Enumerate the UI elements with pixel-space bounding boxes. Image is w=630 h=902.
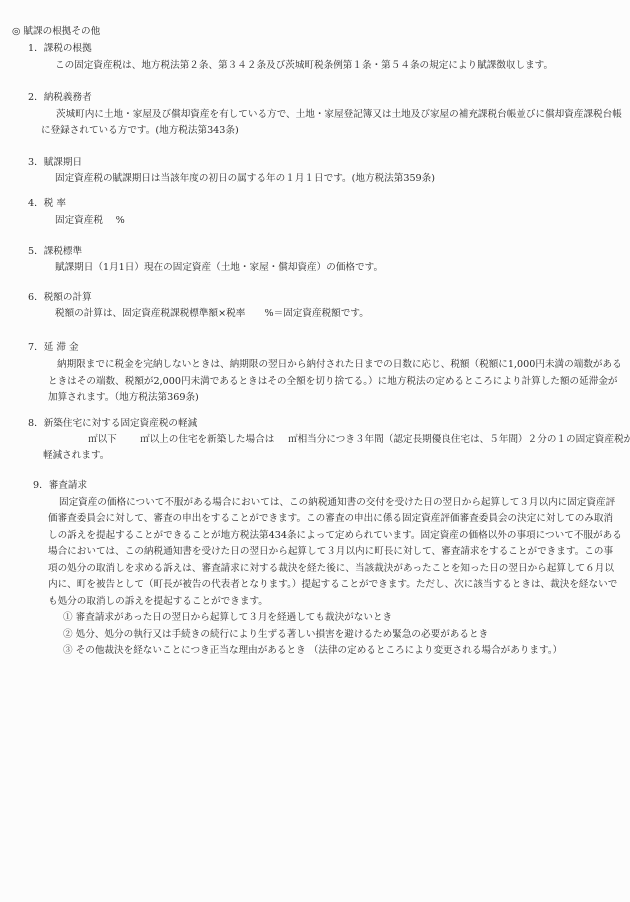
section-3-body: 固定資産税の賦課期日は当該年度の初日の属する年の１月１日です。(地方税法第359… [55, 171, 435, 188]
section-9-body-line: 固定資産の価格について不服がある場合においては、この納税通知書の交付を受けた日の… [59, 495, 615, 512]
section-9-body-line: 項の処分の取消しを求める訴えは、審査請求に対する裁決を経た後に、当該裁決があった… [48, 561, 614, 578]
section-3-heading: 3．賦課期日 [28, 155, 82, 172]
section-7-body-line3: 加算されます。（地方税法第369条) [48, 390, 199, 407]
section-9-list-item-3: ③ その他裁決を経ないことにつき正当な理由があるとき （法律の定めるところにより… [63, 643, 562, 660]
section-4-heading: 4．税 率 [28, 196, 66, 213]
section-2-body-line2: に登録されている方です。(地方税法第343条) [41, 123, 239, 140]
section-8-body-part-b: ㎡以上の住宅を新築した場合は [140, 432, 274, 449]
section-7-body-line2: ときはその端数、税額が2,000円未満であるときはその全額を切り捨てる。）に地方… [48, 374, 618, 391]
document-title: ◎ 賦課の根拠その他 [12, 24, 100, 41]
section-1-heading: 1．課税の根拠 [28, 41, 92, 58]
section-8-heading: 8．新築住宅に対する固定資産税の軽減 [28, 416, 197, 433]
section-8-body-part-c: ㎡相当分につき３年間（認定長期優良住宅は、５年間）２分の１の固定資産税が [288, 432, 630, 449]
section-5-body: 賦課期日（1月1日）現在の固定資産（土地・家屋・償却資産）の価格です。 [55, 260, 383, 277]
section-9-body-line: も処分の取消しの訴えを提起することができます。 [48, 594, 268, 611]
section-9-body-line: 場合においては、この納税通知書を受けた日の翌日から起算して３月以内に町長に対して… [48, 544, 613, 561]
section-2-heading: 2．納税義務者 [28, 90, 92, 107]
section-9-heading: 9．審査請求 [33, 478, 87, 495]
section-6-heading: 6．税額の計算 [28, 290, 92, 307]
section-7-body-line1: 納期限までに税金を完納しないときは、納期限の翌日から納付された日までの日数に応じ… [57, 357, 622, 374]
section-1-body: この固定資産税は、地方税法第２条、第３４２条及び茨城町税条例第１条・第５４条の規… [55, 58, 553, 75]
section-9-list-item-2: ② 処分、処分の執行又は手続きの続行により生ずる著しい損害を避けるため緊急の必要… [63, 627, 488, 644]
section-8-body-line2: 軽減されます。 [43, 448, 109, 465]
section-2-body-line1: 茨城町内に土地・家屋及び償却資産を有している方で、土地・家屋登記簿又は土地及び家… [56, 107, 622, 124]
section-8-body-part-a: ㎡以下 [88, 432, 117, 449]
section-7-heading: 7．延 滞 金 [28, 340, 79, 357]
document-page: ◎ 賦課の根拠その他 1．課税の根拠 この固定資産税は、地方税法第２条、第３４２… [0, 0, 630, 902]
section-4-body: 固定資産税 % [55, 213, 125, 230]
section-9-body-line: 価審査委員会に対して、審査の申出をすることができます。この審査の申出に係る固定資… [48, 511, 613, 528]
section-9-list-item-1: ① 審査請求があった日の翌日から起算して３月を経過しても裁決がないとき [63, 610, 392, 627]
section-9-body-line: 内に、町を被告として（町長が被告の代表者となります。）提起することができます。た… [48, 577, 617, 594]
section-9-body-line: しの訴えを提起することができることが地方税法第434条によって定められています。… [48, 528, 622, 545]
section-5-heading: 5．課税標準 [28, 244, 82, 261]
section-6-body: 税額の計算は、固定資産税課税標準額×税率 %＝固定資産税額です。 [55, 306, 369, 323]
